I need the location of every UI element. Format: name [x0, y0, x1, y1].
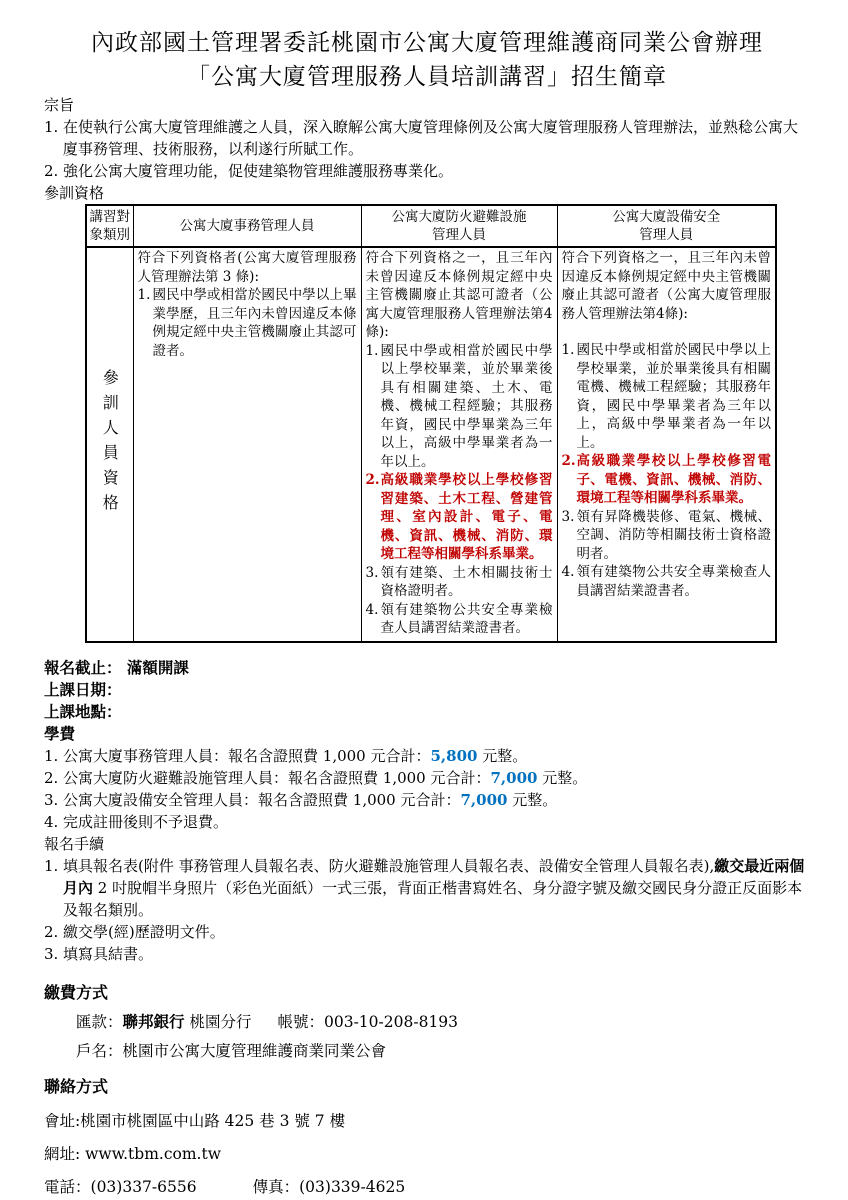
list-item: 2.公寓大廈防火避難設施管理人員：報名含證照費 1,000 元合計：7,000 … — [44, 767, 810, 789]
page-title: 內政部國土管理署委託桃園市公寓大廈管理維護商同業公會辦理 「公寓大廈管理服務人員… — [44, 26, 810, 94]
list-item: 1.國民中學或相當於國民中學以上學校畢業，並於畢業後具有相關建築、土木、電機、機… — [366, 342, 553, 472]
remittance-line: 匯款：聯邦銀行 桃園分行帳號：003-10-208-8193 — [44, 1010, 810, 1034]
deadline-value: 滿額開課 — [127, 658, 189, 677]
address-line: 會址:桃園市桃園區中山路 425 巷 3 號 7 樓 — [44, 1110, 810, 1132]
row-label-cell: 參訓人員資格 — [86, 247, 133, 642]
procedure-list: 1.填具報名表(附件 事務管理人員報名表、防火避難設施管理人員報名表、設備安全管… — [44, 855, 810, 965]
phone-number: (03)337-6556 — [91, 1178, 197, 1196]
header-category-text: 講習對象類別 — [88, 208, 132, 244]
header-fire-escape-manager: 公寓大廈防火避難設施 管理人員 — [361, 205, 557, 247]
contact-heading: 聯絡方式 — [44, 1075, 810, 1099]
deadline-label: 報名截止： — [44, 658, 122, 677]
list-item: 1.公寓大廈事務管理人員：報名含證照費 1,000 元合計：5,800 元整。 — [44, 745, 810, 767]
remit-label: 匯款： — [76, 1013, 123, 1031]
purpose-list: 1.在使執行公寓大廈管理維護之人員，深入瞭解公寓大廈管理條例及公寓大廈管理服務人… — [44, 116, 810, 182]
fee-amount: 5,800 — [430, 747, 477, 765]
deadline-line: 報名截止： 滿額開課 — [44, 657, 810, 679]
qualification-table-body-row: 參訓人員資格 符合下列資格者(公寓大廈管理服務人管理辦法第 3 條): 1.國民… — [86, 247, 776, 642]
list-item: 3.公寓大廈設備安全管理人員：報名含證照費 1,000 元合計：7,000 元整… — [44, 789, 810, 811]
cell-affairs-manager: 符合下列資格者(公寓大廈管理服務人管理辦法第 3 條): 1.國民中學或相當於國… — [133, 247, 361, 642]
list-item: 3.填寫具結書。 — [44, 943, 810, 965]
list-item: 1.國民中學或相當於國民中學以上學校畢業，並於畢業後具有相關電機、機械工程經驗；… — [562, 341, 772, 452]
list-item: 1.填具報名表(附件 事務管理人員報名表、防火避難設施管理人員報名表、設備安全管… — [44, 855, 810, 921]
fee-amount: 7,000 — [460, 791, 507, 809]
cell-affairs-list: 1.國民中學或相當於國民中學以上畢業學歷，且三年內未曾因違反本條例規定經中央主管… — [138, 286, 357, 360]
class-date-line: 上課日期： — [44, 679, 810, 701]
cell-fire-escape: 符合下列資格之一，且三年內未曾因違反本條例規定經中央主管機關廢止其認可證者（公寓… — [361, 247, 557, 642]
website-url: www.tbm.com.tw — [85, 1145, 221, 1163]
header-fire-escape-line2: 管理人員 — [363, 226, 556, 244]
procedure-heading: 報名手續 — [44, 833, 810, 855]
qualification-table-header-row: 講習對象類別 公寓大廈事務管理人員 公寓大廈防火避難設施 管理人員 公寓大廈設備… — [86, 205, 776, 247]
list-item: 2.高級職業學校以上學校修習習建築、土木工程、營建管理、室內設計、電子、電機、資… — [366, 471, 553, 564]
header-affairs-manager: 公寓大廈事務管理人員 — [133, 205, 361, 247]
website-label: 網址: — [44, 1145, 85, 1163]
fee-heading: 學費 — [44, 723, 810, 745]
payment-heading: 繳費方式 — [44, 981, 810, 1005]
header-affairs-manager-text: 公寓大廈事務管理人員 — [135, 217, 360, 235]
cell-equipment-safety-intro: 符合下列資格之一，且三年內未曾因違反本條例規定經中央主管機關廢止其認可證者（公寓… — [562, 249, 772, 323]
fee-amount: 7,000 — [490, 769, 537, 787]
account-label: 帳號： — [277, 1013, 324, 1031]
list-item: 2.高級職業學校以上學校修習電子、電機、資訊、機械、消防、環境工程等相關學科系畢… — [562, 452, 772, 508]
fax-label: 傳真： — [253, 1178, 300, 1196]
header-equipment-safety-manager: 公寓大廈設備安全 管理人員 — [557, 205, 776, 247]
list-item: 2.強化公寓大廈管理功能，促使建築物管理維護服務專業化。 — [44, 160, 810, 182]
header-equipment-safety-line2: 管理人員 — [559, 226, 775, 244]
cell-affairs-intro: 符合下列資格者(公寓大廈管理服務人管理辦法第 3 條): — [138, 249, 357, 286]
list-item: 1.在使執行公寓大廈管理維護之人員，深入瞭解公寓大廈管理條例及公寓大廈管理服務人… — [44, 116, 810, 160]
list-item: 4.領有建築物公共安全專業檢查人員講習結業證書者。 — [366, 601, 553, 638]
account-holder-line: 戶名：桃園市公寓大廈管理維護商業同業公會 — [44, 1039, 810, 1063]
list-item: 4.完成註冊後則不予退費。 — [44, 811, 810, 833]
header-fire-escape-line1: 公寓大廈防火避難設施 — [363, 208, 556, 226]
holder-label: 戶名： — [76, 1042, 123, 1060]
title-line-1: 內政部國土管理署委託桃園市公寓大廈管理維護商同業公會辦理 — [44, 26, 810, 60]
branch-name: 桃園分行 — [185, 1013, 252, 1031]
admission-brochure-page: 內政部國土管理署委託桃園市公寓大廈管理維護商同業公會辦理 「公寓大廈管理服務人員… — [0, 0, 848, 1200]
list-item: 3.領有建築、土木相關技術士資格證明者。 — [366, 564, 553, 601]
row-label-vertical-text: 參訓人員資格 — [98, 369, 121, 519]
qualification-heading: 參訓資格 — [44, 182, 810, 204]
bank-name: 聯邦銀行 — [123, 1012, 185, 1031]
list-item: 3.領有昇降機裝修、電氣、機械、空調、消防等相關技術士資格證明者。 — [562, 508, 772, 564]
qualification-table: 講習對象類別 公寓大廈事務管理人員 公寓大廈防火避難設施 管理人員 公寓大廈設備… — [85, 204, 777, 643]
list-item: 4.領有建築物公共安全專業檢查人員講習結業證書者。 — [562, 563, 772, 600]
fax-number: (03)339-4625 — [299, 1178, 405, 1196]
list-item: 2.繳交學(經)歷證明文件。 — [44, 921, 810, 943]
class-location-line: 上課地點： — [44, 701, 810, 723]
purpose-heading: 宗旨 — [44, 94, 810, 116]
cell-equipment-safety-list: 1.國民中學或相當於國民中學以上學校畢業，並於畢業後具有相關電機、機械工程經驗；… — [562, 341, 772, 600]
phone-fax-line: 電話：(03)337-6556傳真：(03)339-4625 — [44, 1176, 810, 1198]
cell-fire-escape-list: 1.國民中學或相當於國民中學以上學校畢業，並於畢業後具有相關建築、土木、電機、機… — [366, 342, 553, 638]
cell-fire-escape-intro: 符合下列資格之一，且三年內未曾因違反本條例規定經中央主管機關廢止其認可證者（公寓… — [366, 249, 553, 342]
fee-list: 1.公寓大廈事務管理人員：報名含證照費 1,000 元合計：5,800 元整。2… — [44, 745, 810, 833]
website-line: 網址: www.tbm.com.tw — [44, 1143, 810, 1165]
title-line-2: 「公寓大廈管理服務人員培訓講習」招生簡章 — [44, 60, 810, 94]
phone-label: 電話： — [44, 1178, 91, 1196]
list-item: 1.國民中學或相當於國民中學以上畢業學歷，且三年內未曾因違反本條例規定經中央主管… — [138, 286, 357, 360]
cell-equipment-safety: 符合下列資格之一，且三年內未曾因違反本條例規定經中央主管機關廢止其認可證者（公寓… — [557, 247, 776, 642]
header-equipment-safety-line1: 公寓大廈設備安全 — [559, 208, 775, 226]
header-category: 講習對象類別 — [86, 205, 133, 247]
account-number: 003-10-208-8193 — [324, 1013, 458, 1031]
holder-name: 桃園市公寓大廈管理維護商業同業公會 — [123, 1042, 387, 1060]
